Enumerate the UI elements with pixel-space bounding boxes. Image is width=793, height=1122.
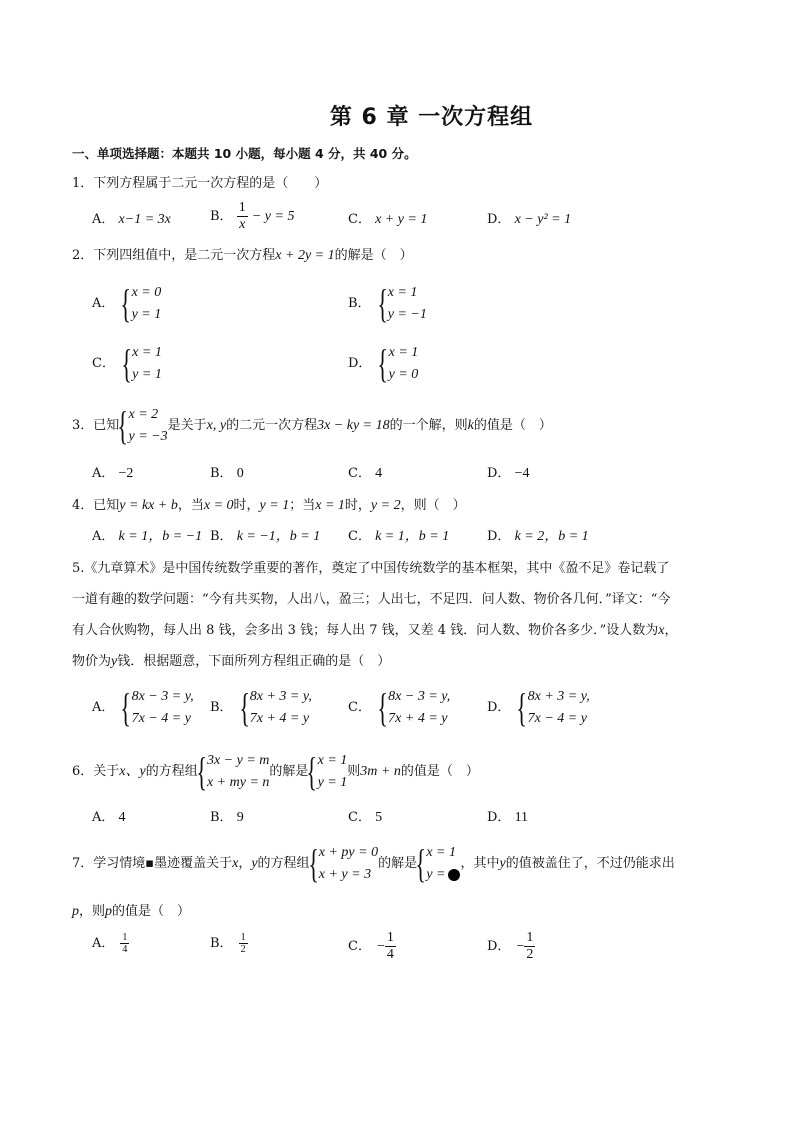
question-5-line-3: 有人合伙购物，每人出 8 钱，会多出 3 钱；每人出 7 钱，又差 4 钱．问人… bbox=[72, 621, 678, 641]
q7-option-a[interactable]: A．14 bbox=[92, 932, 129, 955]
q4-option-b[interactable]: B． k = −1，b = 1 bbox=[210, 527, 320, 547]
q6-option-c[interactable]: C． 5 bbox=[348, 808, 382, 828]
q3-option-d[interactable]: D． −4 bbox=[487, 464, 529, 484]
q4-option-c[interactable]: C． k = 1，b = 1 bbox=[348, 527, 449, 547]
question-3-stem: 3．已知{x = 2y = −3是关于x, y的二元一次方程3x − ky = … bbox=[72, 404, 552, 448]
q3-option-a[interactable]: A． −2 bbox=[92, 464, 133, 484]
question-7-line-2: p，则p的值是（ ） bbox=[72, 902, 190, 922]
q7-option-d[interactable]: D．−12 bbox=[487, 930, 535, 963]
q6-option-b[interactable]: B． 9 bbox=[210, 808, 244, 828]
question-5-line-4: 物价为y钱．根据题意，下面所列方程组正确的是（ ） bbox=[72, 652, 390, 672]
q3-option-b[interactable]: B． 0 bbox=[210, 464, 244, 484]
question-6-stem: 6．关于x、y的方程组{3x − y = mx + my = n的解是{x = … bbox=[72, 750, 479, 794]
q5-option-d[interactable]: D．{8x + 3 = y,7x − 4 = y bbox=[487, 686, 590, 730]
q7-option-b[interactable]: B．12 bbox=[210, 932, 248, 955]
fraction: 1x bbox=[237, 200, 248, 233]
q5-option-b[interactable]: B．{8x + 3 = y,7x + 4 = y bbox=[210, 686, 312, 730]
q6-option-a[interactable]: A． 4 bbox=[92, 808, 126, 828]
q1-option-d[interactable]: D． x − y² = 1 bbox=[487, 210, 571, 230]
q2-option-d[interactable]: D．{x = 1y = 0 bbox=[348, 342, 418, 386]
q2-option-b[interactable]: B．{x = 1y = −1 bbox=[348, 282, 427, 326]
q5-option-a[interactable]: A．{8x − 3 = y,7x − 4 = y bbox=[92, 686, 194, 730]
q1-option-b[interactable]: B． 1x − y = 5 bbox=[210, 200, 294, 233]
q1-option-a[interactable]: A． x−1 = 3x bbox=[92, 210, 171, 230]
question-7-stem: 7．学习情境▪墨迹覆盖关于x，y的方程组{x + py = 0x + y = 3… bbox=[72, 842, 675, 886]
page-title: 第 6 章 一次方程组 bbox=[0, 100, 793, 131]
q6-option-d[interactable]: D． 11 bbox=[487, 808, 528, 828]
section-heading: 一、单项选择题：本题共 10 小题，每小题 4 分，共 40 分。 bbox=[72, 144, 417, 162]
q1-option-c[interactable]: C． x + y = 1 bbox=[348, 210, 427, 230]
q2-option-a[interactable]: A．{x = 0y = 1 bbox=[92, 282, 161, 326]
q4-option-a[interactable]: A． k = 1，b = −1 bbox=[92, 527, 202, 547]
question-5-line-2: 一道有趣的数学问题：“今有共买物，人出八，盈三；人出七，不足四．问人数、物价各几… bbox=[72, 590, 670, 610]
q4-option-d[interactable]: D． k = 2，b = 1 bbox=[487, 527, 589, 547]
q3-option-c[interactable]: C． 4 bbox=[348, 464, 382, 484]
q5-option-c[interactable]: C．{8x − 3 = y,7x + 4 = y bbox=[348, 686, 450, 730]
question-2-stem: 2．下列四组值中，是二元一次方程x + 2y = 1的解是（ ） bbox=[72, 246, 413, 266]
question-1-stem: 1．下列方程属于二元一次方程的是（ ） bbox=[72, 174, 327, 194]
q7-option-c[interactable]: C．−14 bbox=[348, 930, 396, 963]
ink-blot-icon bbox=[448, 869, 460, 881]
question-5-line-1: 5.《九章算术》是中国传统数学重要的著作，奠定了中国传统数学的基本框架，其中《盈… bbox=[72, 559, 669, 579]
q2-option-c[interactable]: C．{x = 1y = 1 bbox=[92, 342, 162, 386]
question-4-stem: 4．已知y = kx + b，当x = 0时，y = 1；当x = 1时，y =… bbox=[72, 496, 466, 516]
